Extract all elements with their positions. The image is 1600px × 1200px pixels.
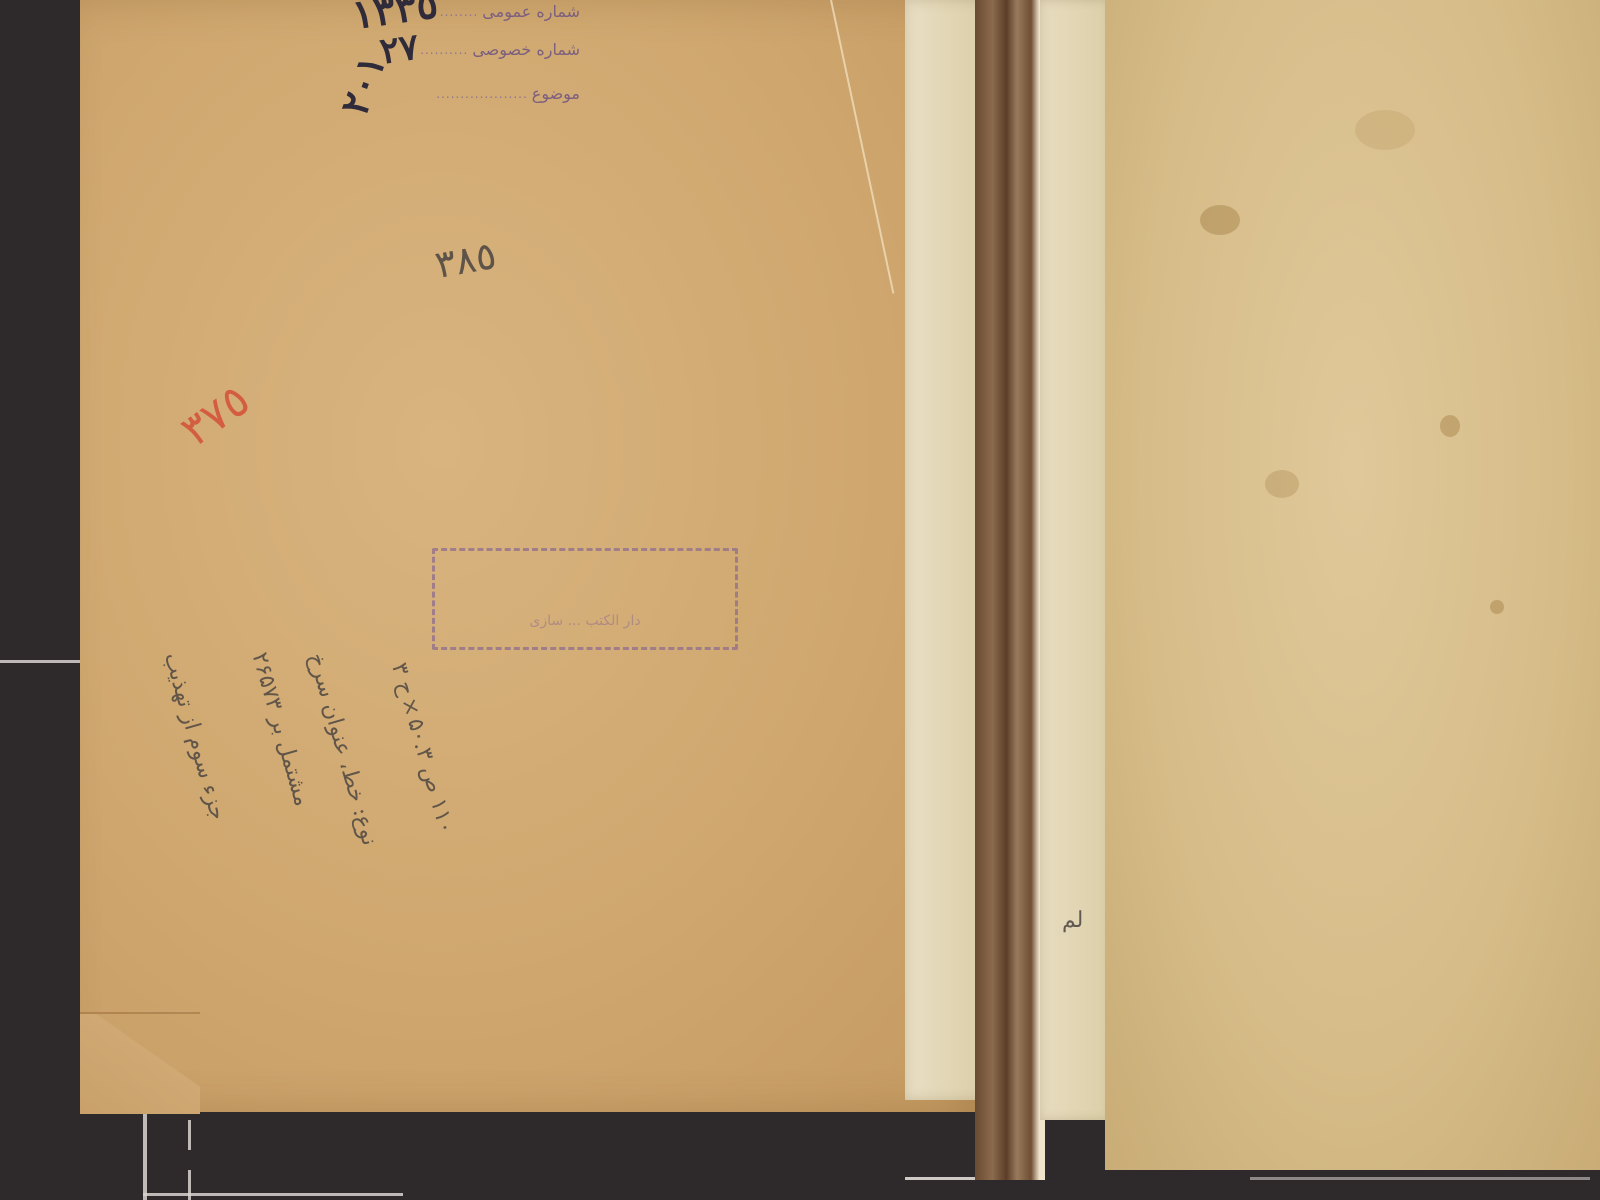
book-spine-gutter: [975, 0, 1045, 1180]
mat-grid-line-vertical: [143, 1108, 147, 1200]
foxing-stain: [1265, 470, 1299, 498]
mat-ruler-marks: [1250, 1177, 1590, 1180]
foxing-stain: [1440, 415, 1460, 437]
dotted-line: ...................: [436, 87, 527, 101]
mat-grid-line-dashed: [188, 1120, 191, 1150]
private-number-row: شماره خصوصی ..........: [420, 40, 580, 59]
general-number-row: شماره عمومی ........: [440, 2, 580, 21]
dotted-line: ..........: [420, 43, 468, 57]
first-leaf-page: [1105, 0, 1600, 1170]
right-page-pencil-mark: لم: [1062, 908, 1083, 933]
foxing-stain: [1490, 600, 1504, 614]
library-stamp: دار الکتب ... سازی: [432, 548, 738, 650]
dotted-line: ........: [440, 5, 479, 19]
foxing-stain: [1200, 205, 1240, 235]
general-number-label: شماره عمومی: [482, 2, 580, 21]
folded-corner: [80, 1012, 200, 1114]
subject-label: موضوع: [532, 84, 580, 103]
private-number-label: شماره خصوصی: [472, 40, 580, 59]
mat-ruler-marks: [905, 1177, 975, 1180]
foxing-stain: [1355, 110, 1415, 150]
mat-grid-line-horizontal: [0, 660, 80, 663]
mat-grid-line-horizontal: [143, 1193, 403, 1196]
subject-row: موضوع ...................: [436, 84, 580, 103]
spine-repair-tape-right: [1040, 0, 1110, 1120]
stamp-text: دار الکتب ... سازی: [455, 613, 715, 629]
